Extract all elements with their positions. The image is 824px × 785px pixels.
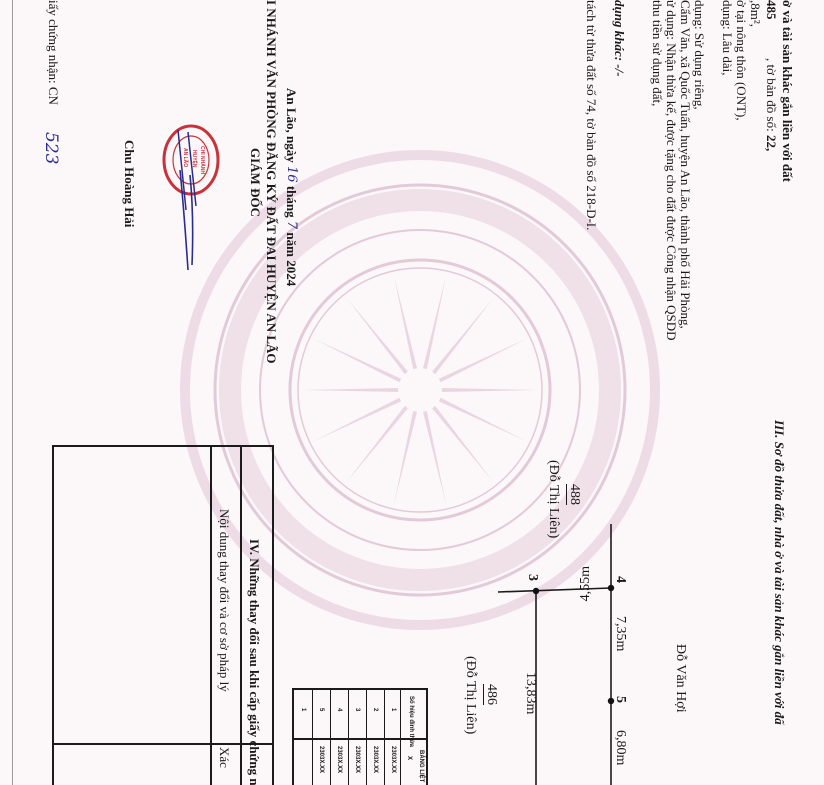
map-sheet-label: , tờ bản đồ số: 22, xyxy=(764,58,778,151)
edge-4-5-length: 7,35m xyxy=(612,616,628,651)
day-handwritten: 16 xyxy=(284,166,299,183)
changes-col-confirm: Xác xyxy=(217,747,231,768)
neighbor-top: Đỗ Văn Hợi xyxy=(672,644,688,713)
coord-row-point: 5 xyxy=(318,708,324,711)
coordinate-table: Số hiệu đỉnh thửa BẢNG LIỆT X 1 2 3 4 5 … xyxy=(292,688,428,785)
parcel-486-owner: (Đỗ Thị Liên) xyxy=(462,656,478,734)
coord-row-point: 1 xyxy=(390,708,396,711)
use-term: dụng: Lâu dài, xyxy=(720,0,734,75)
section-iv-heading: IV. Những thay đổi sau khi cấp giấy chứn… xyxy=(247,539,261,785)
place-date: An Lão, ngày 16 tháng 7 năm 2024 xyxy=(284,88,298,286)
coord-row-point: 3 xyxy=(354,708,360,711)
changes-col-content: Nội dung thay đổi và cơ sở pháp lý xyxy=(217,509,231,692)
page-edge-rule xyxy=(12,0,13,785)
address: Cẩm Văn, xã Quốc Tuấn, huyện An Lão, thà… xyxy=(678,0,692,329)
split-note: tách từ thửa đất số 74, tờ bản đồ số 218… xyxy=(584,0,598,230)
parcel-486-number: 486 xyxy=(483,684,499,705)
point-label-3: 3 xyxy=(524,574,540,581)
issuing-office: I NHÁNH VĂN PHÒNG ĐĂNG KÝ ĐẤT ĐAI HUYỆN … xyxy=(264,0,278,364)
coord-row-x: 2303X.XX xyxy=(336,746,342,773)
area-tail: ,8m², xyxy=(748,0,762,27)
coord-title: BẢNG LIỆT xyxy=(418,750,424,782)
parcel-sketch xyxy=(440,400,824,785)
land-type: ở tại nông thôn (ONT), xyxy=(734,0,748,121)
point-label-5: 5 xyxy=(612,696,628,703)
edge-3-length: 13,83m xyxy=(522,672,538,714)
changes-table: IV. Những thay đổi sau khi cấp giấy chứn… xyxy=(52,445,274,785)
coord-header-x: X xyxy=(406,756,412,760)
svg-text:AN LÃO: AN LÃO xyxy=(182,148,189,167)
coord-row-point: 2 xyxy=(372,708,378,711)
map-sheet-value: 22, xyxy=(764,135,779,151)
parcel-488-number: 488 xyxy=(566,484,582,505)
section-ii-heading-tail: ở và tài sản khác gắn liền với đất xyxy=(780,0,794,182)
signature xyxy=(170,170,210,280)
edge-5-length: 6,80m xyxy=(612,730,628,765)
other-use: dụng khác: -/- xyxy=(612,0,626,77)
point-label-4: 4 xyxy=(612,576,628,583)
edge-3-4-length: 4,55m xyxy=(578,566,594,601)
coord-row-point: 1 xyxy=(300,708,306,711)
coord-row-x: 2303X.XX xyxy=(390,746,396,773)
parcel-number: 485 xyxy=(764,0,778,20)
signer-name: Chu Hoàng Hải xyxy=(122,140,136,227)
coord-row-x: 2303X.XX xyxy=(318,746,324,773)
signer-title: GIÁM ĐỐC xyxy=(248,148,262,217)
certificate-no-label: iấy chứng nhận: CN xyxy=(46,0,60,105)
coord-header-point: Số hiệu đỉnh thửa xyxy=(408,696,414,747)
coord-row-x: 2303X.XX xyxy=(372,746,378,773)
land-origin: ử dụng: Nhận thừa kế, được tặng cho đất … xyxy=(664,0,678,341)
land-origin-tail: thu tiền sử dụng đất, xyxy=(650,0,664,106)
month-handwritten: 7 xyxy=(284,221,299,229)
coord-row-x: 2303X.XX xyxy=(354,746,360,773)
certificate-page: ở và tài sản khác gắn liền với đất 485 ,… xyxy=(0,0,824,785)
use-form: dụng: Sử dụng riêng, xyxy=(692,0,706,110)
coord-row-point: 4 xyxy=(336,708,342,711)
certificate-no-value: 523 xyxy=(44,132,58,164)
parcel-488-owner: (Đỗ Thị Liên) xyxy=(545,460,561,538)
